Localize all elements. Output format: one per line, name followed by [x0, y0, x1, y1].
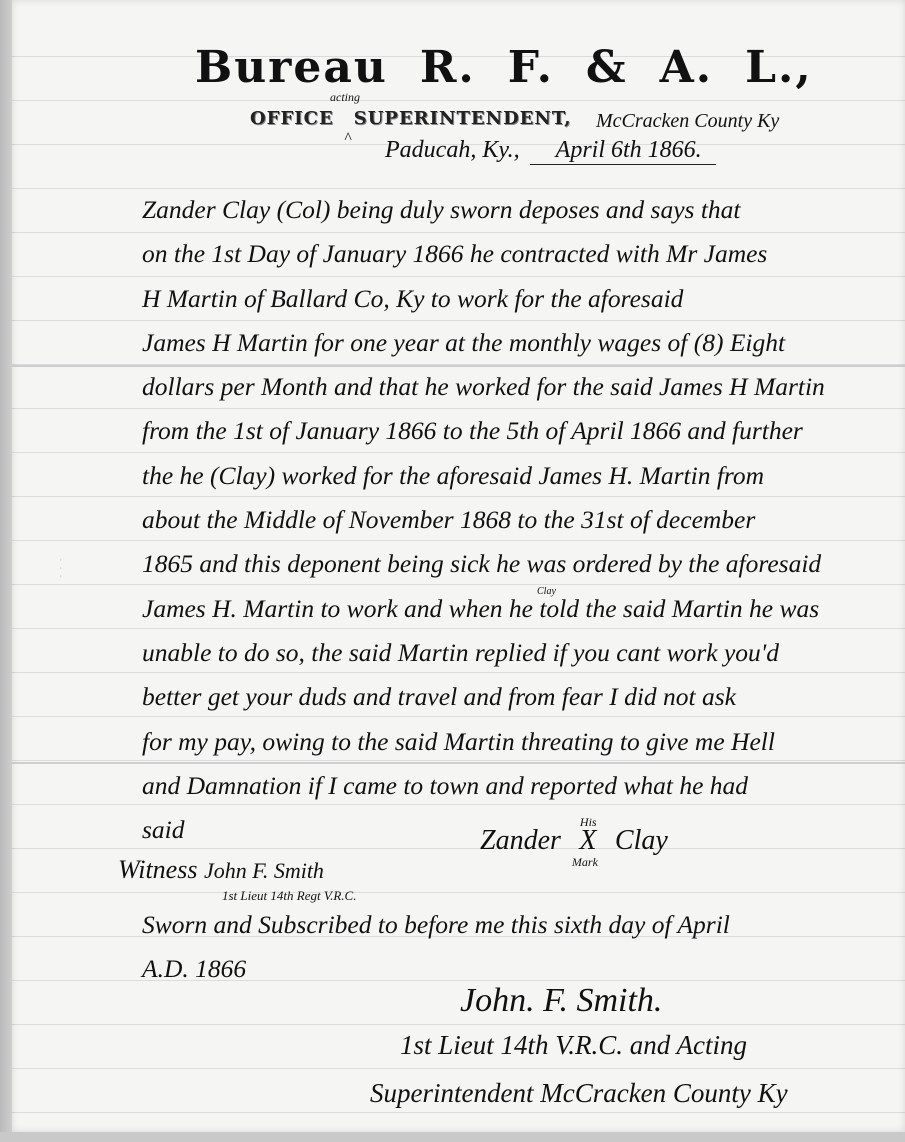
- witness-line: Witness John F. Smith: [118, 855, 324, 885]
- place: Paducah, Ky.,: [385, 137, 520, 163]
- mark-label: Mark: [572, 855, 598, 870]
- signer-mark: His X Mark: [568, 825, 608, 857]
- margin-faded-notation: · · ·: [55, 558, 71, 579]
- official-title: Superintendent McCracken County Ky: [370, 1078, 788, 1109]
- witness-rank: 1st Lieut 14th Regt V.R.C.: [222, 888, 356, 904]
- deposition-line: about the Middle of November 1868 to the…: [142, 498, 902, 542]
- document-date: April 6th 1866.: [530, 137, 716, 165]
- letterhead-word: A.: [660, 42, 713, 93]
- deposition-line: from the 1st of January 1866 to the 5th …: [142, 409, 902, 453]
- dateline: Paducah, Ky.,April 6th 1866.: [385, 137, 716, 165]
- letterhead-word: R.: [420, 42, 476, 93]
- letterhead-title: BureauR.F.&A.L.,: [195, 42, 845, 93]
- deposition-line: H Martin of Ballard Co, Ky to work for t…: [142, 277, 902, 321]
- superintendent-label: SUPERINTENDENT,: [354, 108, 572, 129]
- letterhead-word: &: [586, 42, 628, 93]
- deposition-line: unable to do so, the said Martin replied…: [142, 631, 902, 675]
- deposition-line: for my pay, owing to the said Martin thr…: [142, 720, 902, 764]
- caret-mark: ^: [344, 130, 351, 148]
- deposition-line: better get your duds and travel and from…: [142, 675, 902, 719]
- deposition-line: the he (Clay) worked for the aforesaid J…: [142, 454, 902, 498]
- jurat-line: Sworn and Subscribed to before me this s…: [142, 903, 902, 947]
- deposition-line: 1865 and this deponent being sick he was…: [142, 542, 902, 586]
- official-signature: John. F. Smith.: [460, 982, 662, 1020]
- office-line: OFFICESUPERINTENDENT,: [250, 108, 572, 129]
- scan-bottom-edge: [0, 1132, 905, 1142]
- deposition-line: dollars per Month and that he worked for…: [142, 365, 902, 409]
- insertion-clay: Clay: [537, 586, 556, 597]
- office-label: OFFICE: [250, 108, 334, 129]
- jurat: Sworn and Subscribed to before me this s…: [142, 903, 902, 991]
- deposition-line: James H Martin for one year at the month…: [142, 321, 902, 365]
- deposition-line: and Damnation if I came to town and repo…: [142, 764, 902, 808]
- witness-label: Witness: [118, 855, 197, 884]
- deposition-line: James H. Martin to work and when he told…: [142, 587, 902, 631]
- witness-name: John F. Smith: [204, 858, 324, 883]
- letterhead-word: F.: [508, 42, 554, 93]
- deposition-line: on the 1st Day of January 1866 he contra…: [142, 232, 902, 276]
- deposition-line: Zander Clay (Col) being duly sworn depos…: [142, 188, 902, 232]
- mark-his: His: [580, 815, 597, 830]
- official-rank: 1st Lieut 14th V.R.C. and Acting: [400, 1030, 747, 1061]
- signer-last-name: Clay: [615, 825, 668, 856]
- county-handwritten: McCracken County Ky: [596, 110, 779, 133]
- letterhead-word: L.,: [745, 42, 813, 93]
- insertion-acting: acting: [330, 90, 360, 105]
- deponent-signature: Zander His X Mark Clay: [480, 825, 668, 857]
- deposition-body: Zander Clay (Col) being duly sworn depos…: [142, 188, 902, 852]
- letterhead-word: Bureau: [195, 42, 388, 93]
- signer-first-name: Zander: [480, 825, 561, 856]
- scan-left-edge: [0, 0, 12, 1142]
